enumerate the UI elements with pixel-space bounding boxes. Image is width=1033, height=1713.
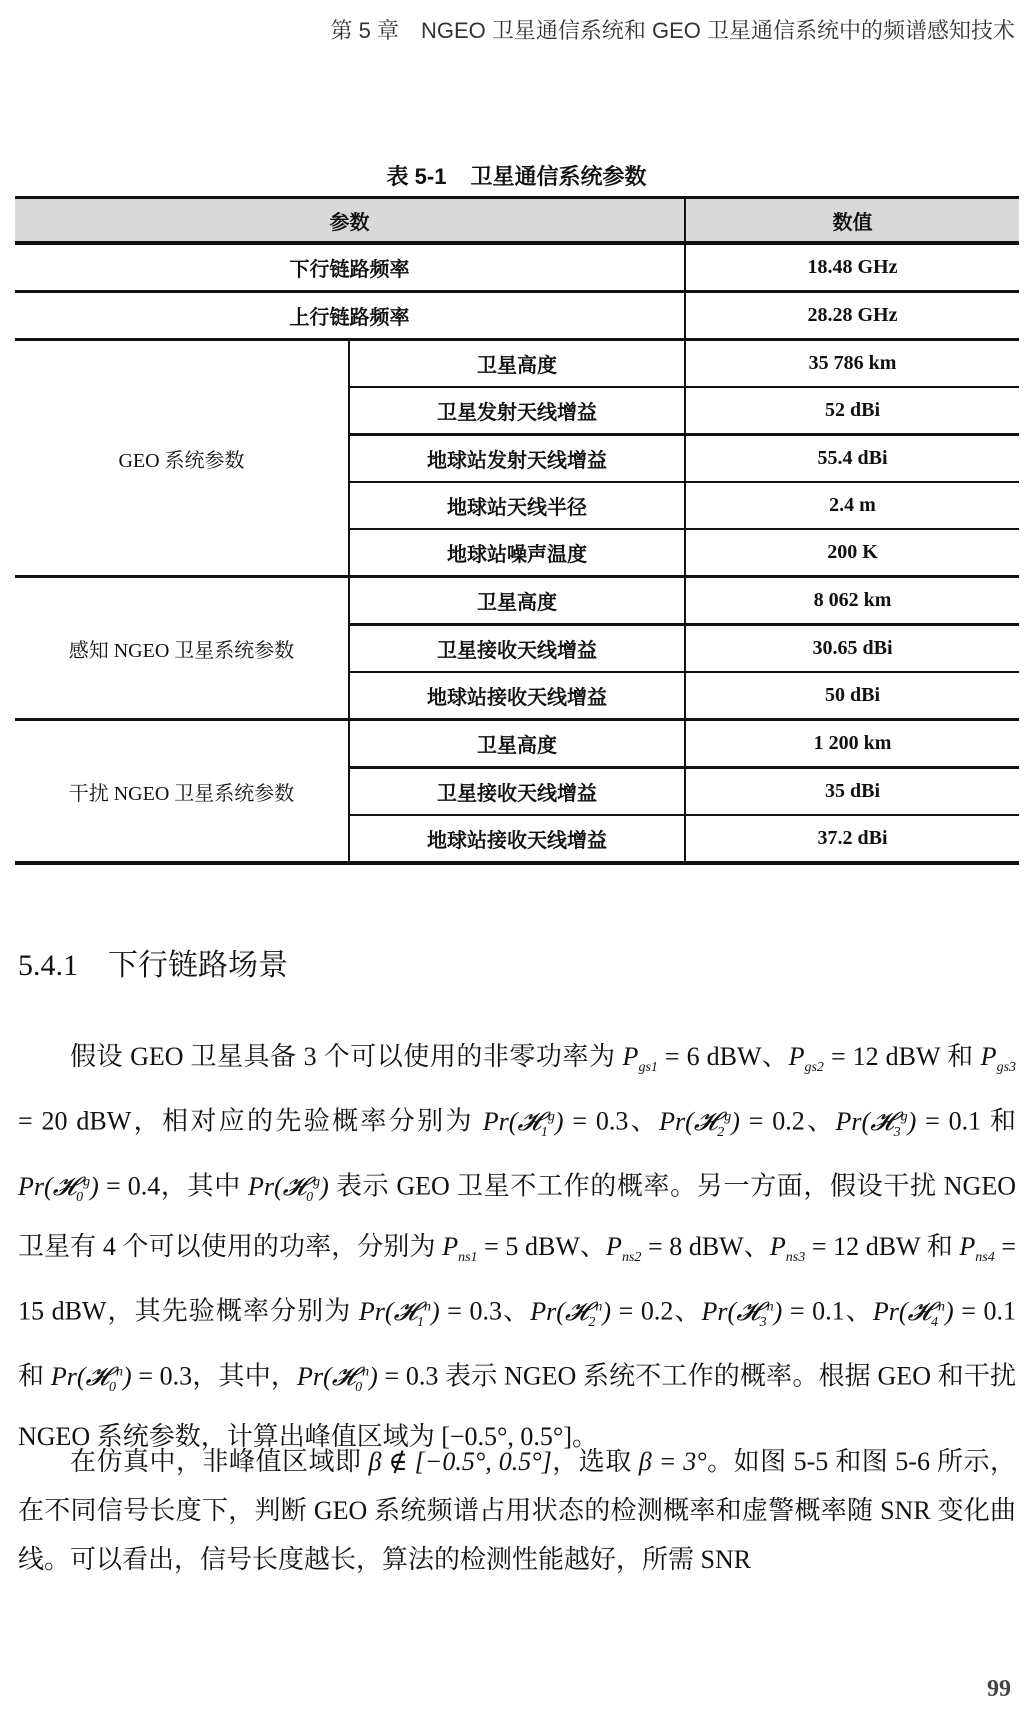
math-pr-h0g: Pr(𝓗0g)	[248, 1172, 329, 1201]
math-beta-range: β ∉ [−0.5°, 0.5°]	[368, 1447, 551, 1476]
value-cell: 52 dBi	[685, 387, 1019, 435]
text-run: = 20 dBW，相对应的先验概率分别为	[18, 1107, 483, 1136]
parameters-table: 参数 数值 下行链路频率 18.48 GHz 上行链路频率 28.28 GHz …	[15, 196, 1019, 865]
math-pr-h1g: Pr(𝓗1g)	[483, 1107, 564, 1136]
param-cell: 地球站接收天线增益	[349, 815, 685, 863]
math-p-ns1: Pns1	[442, 1232, 477, 1261]
param-cell: 卫星高度	[349, 720, 685, 768]
text-run: = 0.2、	[740, 1107, 836, 1136]
table-caption: 表 5-1卫星通信系统参数	[0, 160, 1033, 191]
param-cell: 地球站噪声温度	[349, 529, 685, 577]
param-cell: 地球站天线半径	[349, 482, 685, 529]
section-heading: 5.4.1下行链路场景	[18, 940, 288, 984]
math-p-gs3: Pgs3	[981, 1042, 1016, 1071]
header-value: 数值	[685, 198, 1019, 244]
value-cell: 8 062 km	[685, 577, 1019, 625]
header-param: 参数	[15, 198, 685, 244]
value-cell: 200 K	[685, 529, 1019, 577]
text-run: = 12 dBW 和	[805, 1232, 959, 1261]
value-cell: 37.2 dBi	[685, 815, 1019, 863]
group-cell: GEO 系统参数	[15, 340, 349, 577]
text-run: = 8 dBW、	[641, 1232, 770, 1261]
text-run: = 0.4，其中	[99, 1172, 248, 1201]
value-cell: 50 dBi	[685, 672, 1019, 720]
value-cell: 18.48 GHz	[685, 243, 1019, 292]
value-cell: 35 dBi	[685, 768, 1019, 816]
value-cell: 2.4 m	[685, 482, 1019, 529]
param-cell: 下行链路频率	[15, 243, 685, 292]
value-cell: 35 786 km	[685, 340, 1019, 388]
param-cell: 地球站发射天线增益	[349, 435, 685, 483]
math-p-gs1: Pgs1	[623, 1042, 658, 1071]
value-cell: 30.65 dBi	[685, 625, 1019, 673]
param-cell: 卫星接收天线增益	[349, 768, 685, 816]
math-pr-h0g: Pr(𝓗0g)	[18, 1172, 99, 1201]
section-number: 5.4.1	[18, 949, 78, 982]
param-cell: 卫星高度	[349, 577, 685, 625]
text-run: = 0.1 和	[916, 1107, 1016, 1136]
table-title: 卫星通信系统参数	[470, 164, 646, 189]
group-cell: 干扰 NGEO 卫星系统参数	[15, 720, 349, 864]
math-pr-h1n: Pr(𝓗1n)	[359, 1297, 440, 1326]
table-row: 干扰 NGEO 卫星系统参数 卫星高度 1 200 km	[15, 720, 1019, 768]
math-p-gs2: Pgs2	[789, 1042, 824, 1071]
text-run: = 0.2、	[611, 1297, 702, 1326]
section-title: 下行链路场景	[108, 949, 288, 982]
paragraph-1: 假设 GEO 卫星具备 3 个可以使用的非零功率为 Pgs1 = 6 dBW、P…	[18, 1032, 1016, 1461]
text-run: ，选取	[552, 1447, 639, 1476]
math-pr-h2n: Pr(𝓗2n)	[530, 1297, 611, 1326]
table-row: GEO 系统参数 卫星高度 35 786 km	[15, 340, 1019, 388]
table-header-row: 参数 数值	[15, 198, 1019, 244]
math-pr-h0n: Pr(𝓗0n)	[297, 1362, 378, 1391]
text-run: 假设 GEO 卫星具备 3 个可以使用的非零功率为	[70, 1042, 623, 1071]
param-cell: 上行链路频率	[15, 292, 685, 340]
text-run: = 0.3、	[440, 1297, 531, 1326]
value-cell: 55.4 dBi	[685, 435, 1019, 483]
table-row: 下行链路频率 18.48 GHz	[15, 243, 1019, 292]
text-run: = 12 dBW 和	[824, 1042, 981, 1071]
paragraph-2: 在仿真中，非峰值区域即 β ∉ [−0.5°, 0.5°]，选取 β = 3°。…	[18, 1437, 1016, 1584]
text-run: = 0.1、	[782, 1297, 873, 1326]
running-header: 第 5 章NGEO 卫星通信系统和 GEO 卫星通信系统中的频谱感知技术	[331, 14, 1016, 45]
math-pr-h3g: Pr(𝓗3g)	[835, 1107, 916, 1136]
math-p-ns3: Pns3	[770, 1232, 805, 1261]
text-run: = 0.3，其中，	[132, 1362, 297, 1391]
param-cell: 卫星高度	[349, 340, 685, 388]
math-pr-h2g: Pr(𝓗2g)	[659, 1107, 740, 1136]
chapter-number: 第 5 章	[331, 18, 399, 43]
math-pr-h3n: Pr(𝓗3n)	[702, 1297, 783, 1326]
param-cell: 卫星发射天线增益	[349, 387, 685, 435]
group-cell: 感知 NGEO 卫星系统参数	[15, 577, 349, 720]
param-cell: 地球站接收天线增益	[349, 672, 685, 720]
math-beta-value: β = 3°	[639, 1447, 707, 1476]
math-pr-h4n: Pr(𝓗4n)	[873, 1297, 954, 1326]
param-cell: 卫星接收天线增益	[349, 625, 685, 673]
page-number: 99	[987, 1676, 1011, 1703]
math-pr-h0n: Pr(𝓗0n)	[51, 1362, 132, 1391]
math-p-ns2: Pns2	[606, 1232, 641, 1261]
text-run: = 6 dBW、	[658, 1042, 789, 1071]
table-row: 感知 NGEO 卫星系统参数 卫星高度 8 062 km	[15, 577, 1019, 625]
text-run: = 0.3、	[564, 1107, 660, 1136]
value-cell: 1 200 km	[685, 720, 1019, 768]
chapter-title: NGEO 卫星通信系统和 GEO 卫星通信系统中的频谱感知技术	[421, 18, 1015, 43]
math-p-ns4: Pns4	[959, 1232, 994, 1261]
table-row: 上行链路频率 28.28 GHz	[15, 292, 1019, 340]
text-run: = 5 dBW、	[478, 1232, 607, 1261]
value-cell: 28.28 GHz	[685, 292, 1019, 340]
text-run: 在仿真中，非峰值区域即	[70, 1447, 368, 1476]
table-number: 表 5-1	[387, 164, 447, 189]
